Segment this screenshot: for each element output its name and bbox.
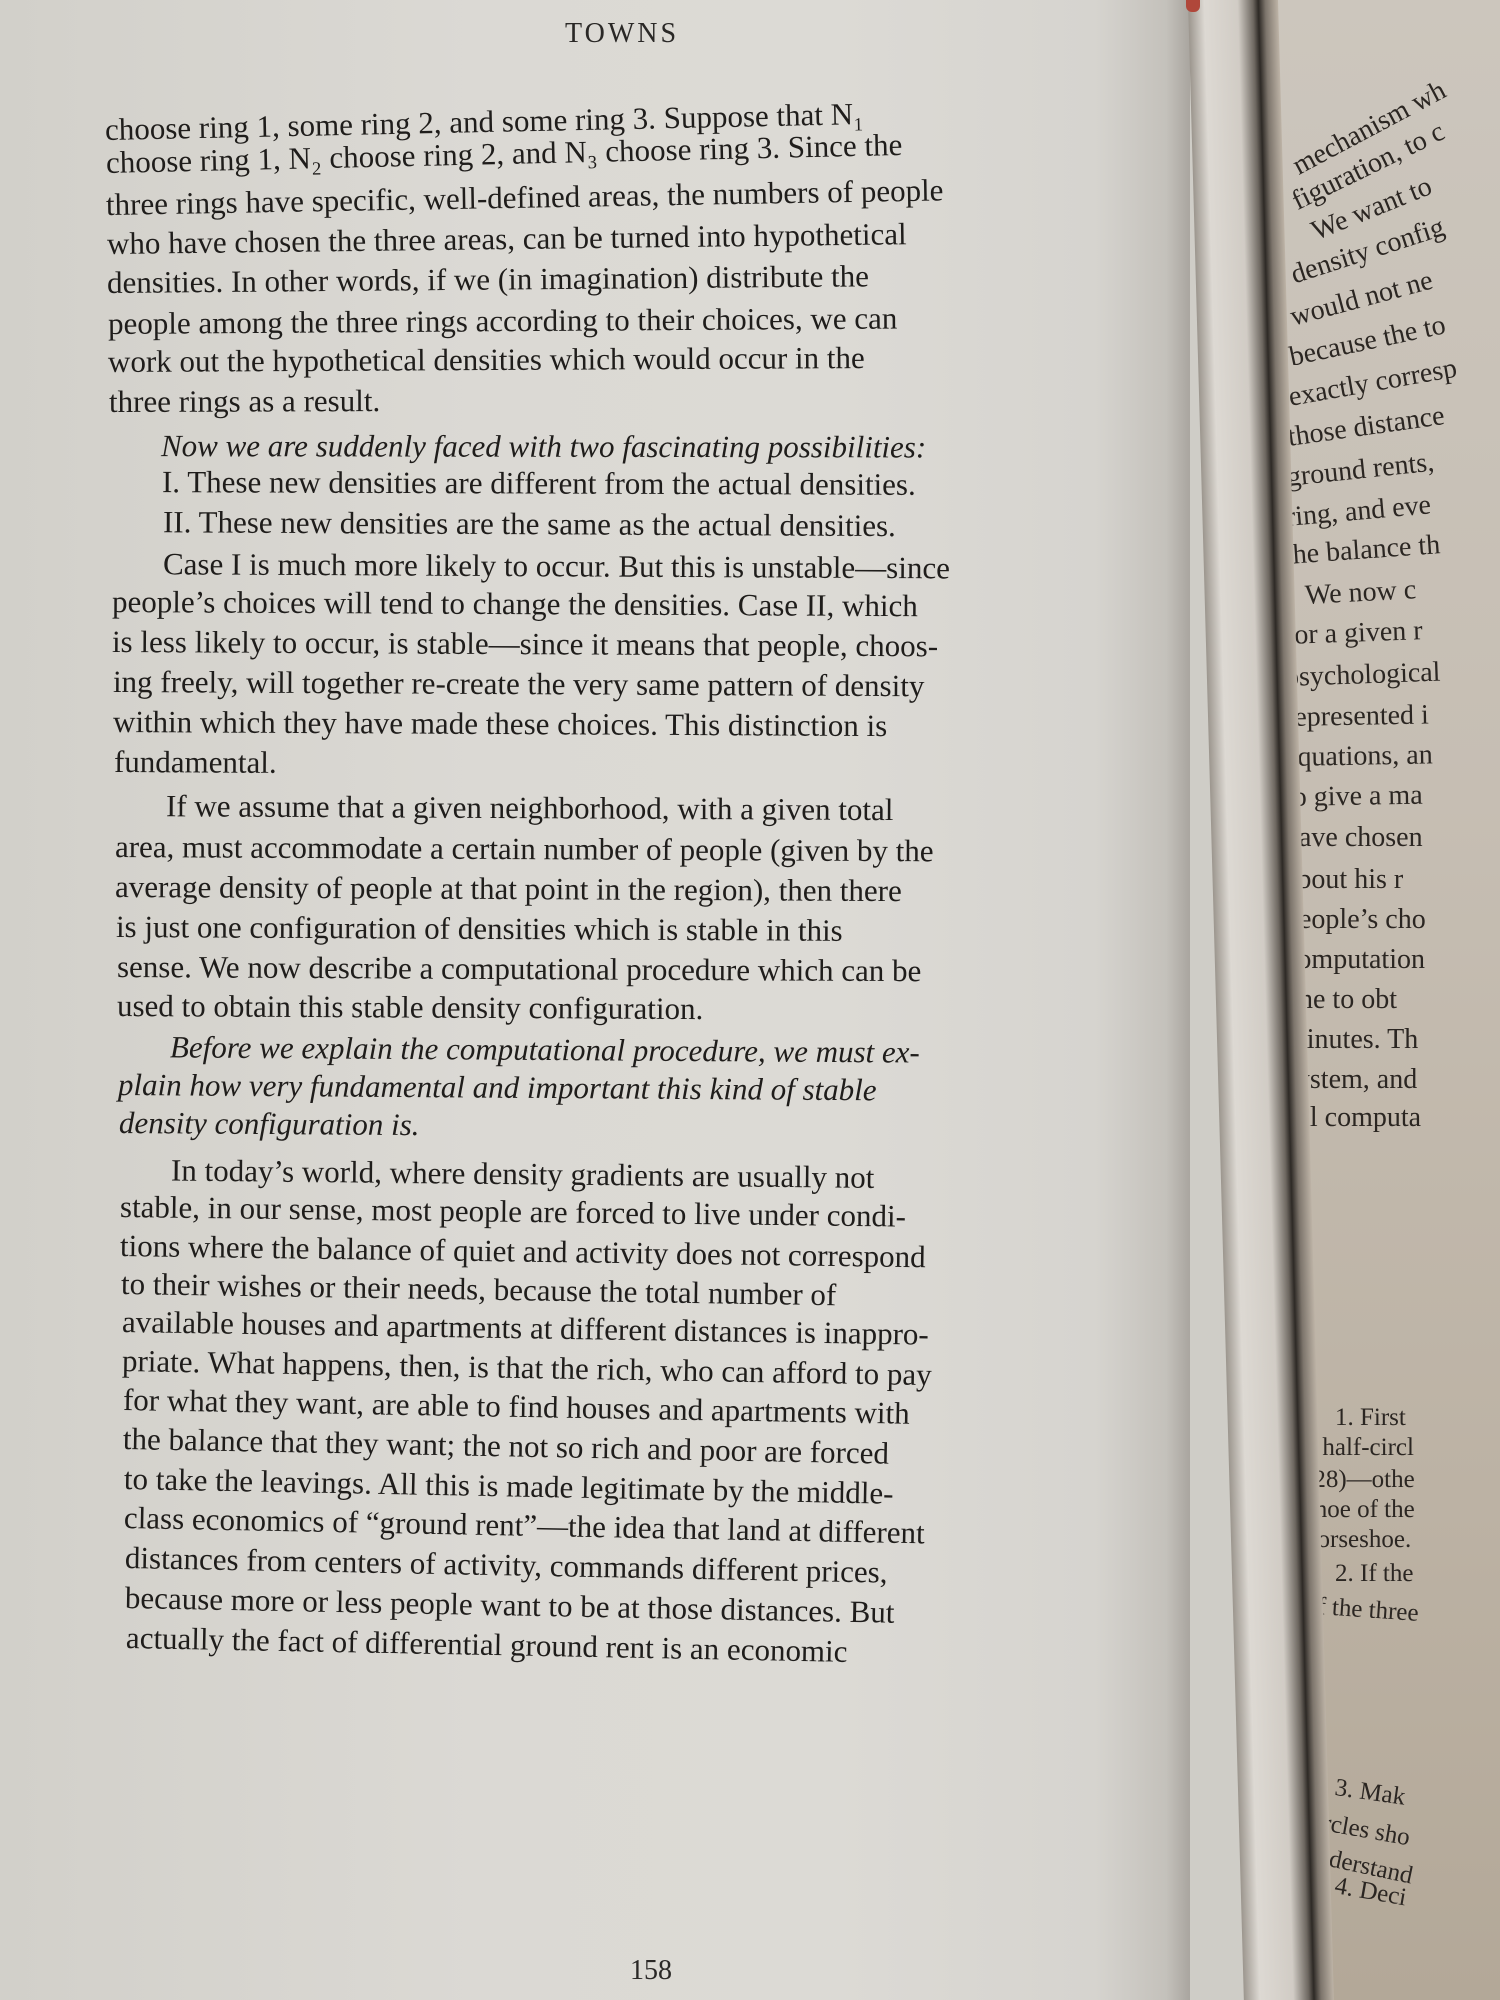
- text-line: densities. In other words, if we (in ima…: [107, 256, 869, 303]
- right-page-line: represented i: [1285, 697, 1429, 736]
- right-page-line: the balance th: [1284, 527, 1442, 574]
- text-line: I. These new densities are different fro…: [110, 462, 916, 505]
- text-line: within which they have made these choice…: [113, 702, 887, 746]
- page-edge-accent: [1186, 0, 1200, 12]
- text-line: sense. We now describe a computational p…: [116, 947, 921, 991]
- text-line: average density of people at that point …: [115, 867, 902, 911]
- book-spread: TOWNS choose ring 1, some ring 2, and so…: [0, 0, 1500, 2000]
- footnote-line: a half-circl: [1305, 1430, 1414, 1466]
- text-line: II. These new densities are the same as …: [110, 502, 895, 546]
- right-page-line: We now c: [1304, 572, 1417, 614]
- text-line: fundamental.: [114, 742, 277, 783]
- right-page-line: to give a ma: [1285, 778, 1423, 816]
- running-head: TOWNS: [565, 18, 679, 50]
- text-line: Now we are suddenly faced with two fasci…: [109, 426, 926, 467]
- right-page-line: equations, an: [1285, 737, 1433, 776]
- footnote-line: 2. If the: [1335, 1556, 1413, 1592]
- page-number: 158: [630, 1955, 672, 1987]
- text-line: work out the hypothetical densities whic…: [108, 338, 865, 382]
- right-page-line: computation: [1285, 942, 1425, 978]
- text-line: area, must accommodate a certain number …: [115, 827, 934, 871]
- text-line: ing freely, will together re-create the …: [113, 662, 925, 706]
- text-line: is just one configuration of densities w…: [116, 907, 843, 951]
- text-line: people’s choices will tend to change the…: [112, 582, 918, 626]
- text-line: density configuration is.: [119, 1103, 420, 1145]
- text-line: three rings as a result.: [109, 381, 380, 422]
- right-page-line: people’s cho: [1285, 902, 1426, 938]
- text-line: used to obtain this stable density confi…: [117, 986, 704, 1029]
- text-line: If we assume that a given neighborhood, …: [114, 786, 894, 830]
- right-page-line: have chosen: [1285, 820, 1423, 856]
- text-line: people among the three rings according t…: [108, 298, 898, 344]
- right-page-line: psychological: [1284, 655, 1441, 696]
- right-page-line: for a given r: [1284, 613, 1423, 654]
- left-page: TOWNS choose ring 1, some ring 2, and so…: [0, 0, 1190, 2000]
- text-line: is less likely to occur, is stable—since…: [112, 622, 938, 666]
